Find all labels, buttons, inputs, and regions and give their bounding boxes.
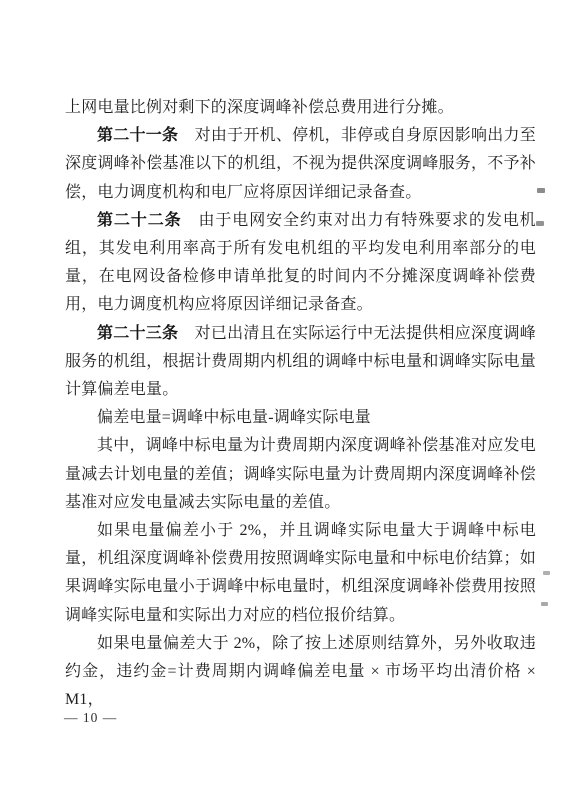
scan-artifact-mark [543, 571, 550, 575]
paragraph: 上网电量比例对剩下的深度调峰补偿总费用进行分摊。 [65, 94, 536, 122]
article-number: 第二十一条 [97, 127, 178, 144]
scanned-document-page: 上网电量比例对剩下的深度调峰补偿总费用进行分摊。第二十一条 对由于开机、停机，非… [0, 0, 565, 800]
scan-artifact-mark [541, 602, 548, 606]
paragraph: 第二十三条 对已出清且在实际运行中无法提供相应深度调峰服务的机组，根据计费周期内… [65, 320, 536, 405]
paragraph: 如果电量偏差小于 2%，并且调峰实际电量大于调峰中标电量，机组深度调峰补偿费用按… [65, 517, 536, 630]
document-body: 上网电量比例对剩下的深度调峰补偿总费用进行分摊。第二十一条 对由于开机、停机，非… [65, 94, 536, 714]
paragraph: 第二十二条 由于电网安全约束对出力有特殊要求的发电机组，其发电利用率高于所有发电… [65, 207, 536, 320]
paragraph: 如果电量偏差大于 2%，除了按上述原则结算外，另外收取违约金，违约金=计费周期内… [65, 630, 536, 715]
article-number: 第二十三条 [97, 325, 178, 342]
paragraph: 第二十一条 对由于开机、停机，非停或自身原因影响出力至深度调峰补偿基准以下的机组… [65, 122, 536, 207]
page-number: — 10 — [64, 710, 117, 726]
paragraph: 其中，调峰中标电量为计费周期内深度调峰补偿基准对应发电量减去计划电量的差值；调峰… [65, 432, 536, 517]
article-number: 第二十二条 [97, 212, 182, 229]
scan-artifact-mark [537, 188, 545, 193]
paragraph: 偏差电量=调峰中标电量-调峰实际电量 [65, 404, 536, 432]
scan-artifact-mark [536, 221, 544, 226]
